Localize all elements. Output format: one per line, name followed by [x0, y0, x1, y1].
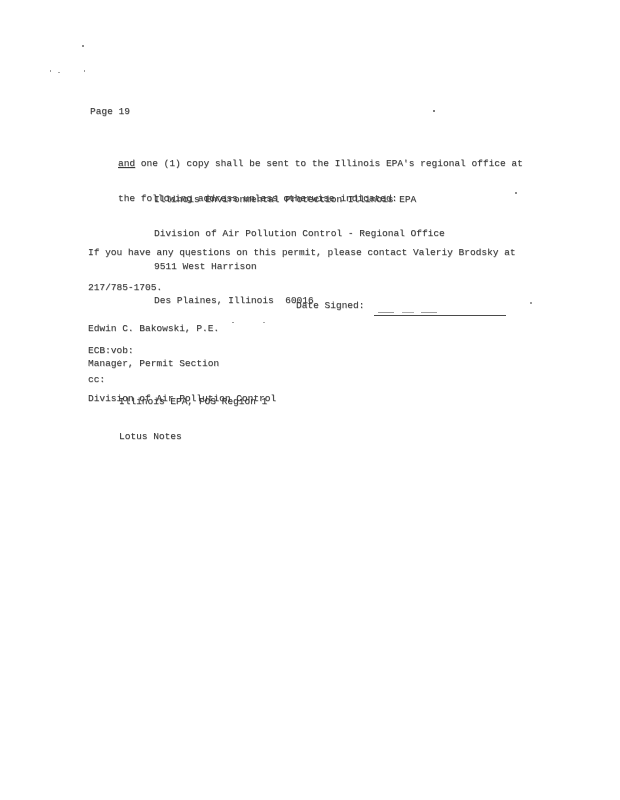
page-number: Page 19 [90, 106, 130, 118]
cc-recipient: Illinois EPA, FOS Region 1 [119, 396, 267, 409]
faint-mark [402, 312, 414, 313]
scan-artifact [387, 200, 389, 202]
scan-artifact [232, 322, 234, 323]
paragraph-line-text: one (1) copy shall be sent to the Illino… [135, 158, 523, 169]
scanned-document-page: Page 19 and one (1) copy shall be sent t… [0, 0, 620, 800]
underlined-word: and [118, 158, 135, 169]
scan-artifact [82, 45, 84, 47]
scan-artifact [84, 70, 85, 72]
scan-artifact [146, 400, 147, 401]
address-line-agency: Illinois Environmental Protection Illino… [154, 194, 445, 206]
cc-list: Illinois EPA, FOS Region 1 Lotus Notes [119, 374, 267, 465]
faint-mark [421, 312, 437, 313]
scan-artifact [515, 192, 517, 194]
scan-artifact [50, 70, 51, 72]
typist-initials: ECB:vob: [88, 345, 134, 357]
date-signed-label: Date Signed: [296, 300, 364, 312]
signer-name: Edwin C. Bakowski, P.E. [88, 322, 276, 335]
scan-artifact [58, 72, 60, 73]
contact-phone: 217/785-1705. [88, 282, 516, 295]
scan-artifact [530, 302, 532, 304]
paragraph-line: and one (1) copy shall be sent to the Il… [118, 158, 523, 171]
date-signed-blank-line [374, 299, 506, 316]
scan-artifact [189, 255, 190, 257]
scan-artifact [263, 322, 265, 323]
cc-recipient: Lotus Notes [119, 431, 267, 444]
signer-title: Manager, Permit Section [88, 357, 276, 370]
contact-line: If you have any questions on this permit… [88, 247, 516, 260]
faint-mark [378, 312, 394, 313]
scan-artifact [119, 360, 120, 362]
scan-artifact [433, 110, 435, 112]
cc-label: cc: [88, 374, 105, 386]
